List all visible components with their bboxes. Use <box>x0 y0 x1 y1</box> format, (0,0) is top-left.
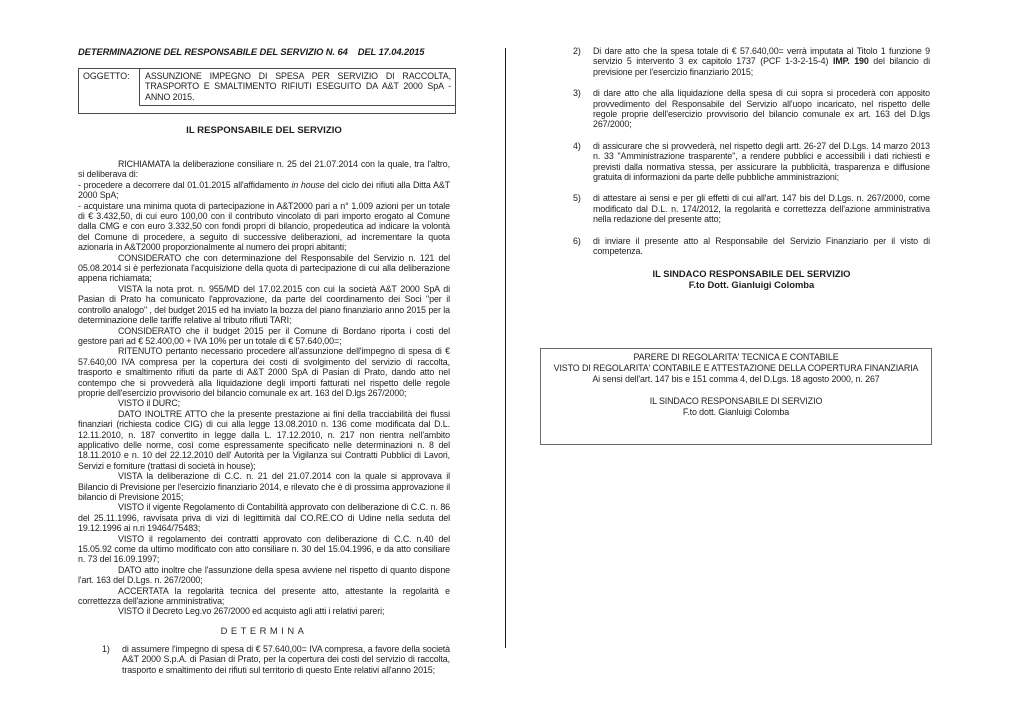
right-column: 2)Di dare atto che la spesa totale di € … <box>573 46 930 291</box>
text-segment: RICHIAMATA la deliberazione consiliare n… <box>78 159 450 179</box>
left-paragraphs: RICHIAMATA la deliberazione consiliare n… <box>78 159 450 617</box>
parere-box: PARERE DI REGOLARITA' TECNICA E CONTABIL… <box>540 348 932 445</box>
text-segment: di dare atto che alla liquidazione della… <box>593 88 930 129</box>
item-text: Di dare atto che la spesa totale di € 57… <box>593 46 930 77</box>
item-number: 1) <box>102 644 110 654</box>
text-segment: di attestare ai sensi e per gli effetti … <box>593 193 930 224</box>
left-numbered-items: 1)di assumere l'impegno di spesa di € 57… <box>78 644 450 675</box>
determina-heading: DETERMINA <box>78 625 450 636</box>
paragraph: - procedere a decorrere dal 01.01.2015 a… <box>78 180 450 201</box>
item-text: di inviare il presente atto al Responsab… <box>593 236 930 256</box>
oggetto-label: OGGETTO: <box>79 69 139 113</box>
oggetto-text: ASSUNZIONE IMPEGNO DI SPESA PER SERVIZIO… <box>139 69 455 106</box>
text-segment: - procedere a decorrere dal 01.01.2015 a… <box>78 180 291 190</box>
paragraph: CONSIDERATO che il budget 2015 per il Co… <box>78 326 450 347</box>
item-number: 2) <box>573 46 581 56</box>
text-segment: VISTA la nota prot. n. 955/MD del 17.02.… <box>78 284 450 325</box>
paragraph: VISTO il Decreto Leg.vo 267/2000 ed acqu… <box>78 606 450 616</box>
item-text: di attestare ai sensi e per gli effetti … <box>593 193 930 224</box>
text-segment: VISTO il vigente Regolamento di Contabil… <box>78 502 450 533</box>
text-segment: VISTO il regolamento dei contratti appro… <box>78 534 450 565</box>
text-segment: CONSIDERATO che con determinazione del R… <box>78 253 450 284</box>
text-segment: DATO atto inoltre che l'assunzione della… <box>78 565 450 585</box>
paragraph: RITENUTO pertanto necessario procedere a… <box>78 346 450 398</box>
paragraph: VISTA la deliberazione di C.C. n. 21 del… <box>78 471 450 502</box>
paragraph: VISTO il regolamento dei contratti appro… <box>78 534 450 565</box>
paragraph: DATO INOLTRE ATTO che la presente presta… <box>78 409 450 471</box>
item-text: di assumere l'impegno di spesa di € 57.6… <box>122 644 450 675</box>
item-number: 5) <box>573 193 581 203</box>
text-segment: RITENUTO pertanto necessario procedere a… <box>78 346 450 398</box>
numbered-item: 4)di assicurare che si provvederà, nel r… <box>573 141 930 183</box>
paragraph: DATO atto inoltre che l'assunzione della… <box>78 565 450 586</box>
parere-line-3: Ai sensi dell'art. 147 bis e 151 comma 4… <box>541 374 931 385</box>
text-segment: VISTO il DURC; <box>118 398 180 408</box>
item-text: di dare atto che alla liquidazione della… <box>593 88 930 129</box>
parere-signature-name: F.to dott. Gianluigi Colomba <box>541 407 931 418</box>
paragraph: VISTO il DURC; <box>78 398 450 408</box>
paragraph: RICHIAMATA la deliberazione consiliare n… <box>78 159 450 180</box>
text-segment: in house <box>291 180 324 190</box>
item-number: 3) <box>573 88 581 98</box>
paragraph: VISTO il vigente Regolamento di Contabil… <box>78 502 450 533</box>
numbered-item: 6)di inviare il presente atto al Respons… <box>573 236 930 257</box>
paragraph: CONSIDERATO che con determinazione del R… <box>78 253 450 284</box>
signature-title: IL SINDACO RESPONSABILE DEL SERVIZIO <box>573 268 930 280</box>
item-text: di assicurare che si provvederà, nel ris… <box>593 141 930 182</box>
text-segment: CONSIDERATO che il budget 2015 per il Co… <box>78 326 450 346</box>
right-numbered-items: 2)Di dare atto che la spesa totale di € … <box>573 46 930 257</box>
parere-line-1: PARERE DI REGOLARITA' TECNICA E CONTABIL… <box>541 352 931 363</box>
text-segment: di assumere l'impegno di spesa di € 57.6… <box>122 644 450 675</box>
numbered-item: 2)Di dare atto che la spesa totale di € … <box>573 46 930 77</box>
parere-line-2: VISTO DI REGOLARITA' CONTABILE E ATTESTA… <box>541 363 931 374</box>
document-page: DETERMINAZIONE DEL RESPONSABILE DEL SERV… <box>0 0 1024 724</box>
text-segment: di assicurare che si provvederà, nel ris… <box>593 141 930 182</box>
text-segment: IMP. 190 <box>833 56 869 66</box>
numbered-item: 5)di attestare ai sensi e per gli effett… <box>573 193 930 224</box>
document-title: DETERMINAZIONE DEL RESPONSABILE DEL SERV… <box>78 46 450 57</box>
text-segment: DATO INOLTRE ATTO che la presente presta… <box>78 409 450 471</box>
responsabile-heading: IL RESPONSABILE DEL SERVIZIO <box>78 125 450 136</box>
paragraph: VISTA la nota prot. n. 955/MD del 17.02.… <box>78 284 450 326</box>
parere-signature-title: IL SINDACO RESPONSABILE DI SERVIZIO <box>541 396 931 407</box>
item-number: 4) <box>573 141 581 151</box>
numbered-item: 1)di assumere l'impegno di spesa di € 57… <box>102 644 450 675</box>
text-segment: ACCERTATA la regolarità tecnica del pres… <box>78 586 450 606</box>
paragraph: - acquistare una minima quota di parteci… <box>78 201 450 253</box>
paragraph: ACCERTATA la regolarità tecnica del pres… <box>78 586 450 607</box>
oggetto-box: OGGETTO: ASSUNZIONE IMPEGNO DI SPESA PER… <box>78 68 456 114</box>
item-number: 6) <box>573 236 581 246</box>
text-segment: VISTA la deliberazione di C.C. n. 21 del… <box>78 471 450 502</box>
left-column: DETERMINAZIONE DEL RESPONSABILE DEL SERV… <box>78 46 450 675</box>
column-divider <box>505 48 506 648</box>
signature-block: IL SINDACO RESPONSABILE DEL SERVIZIO F.t… <box>573 268 930 291</box>
numbered-item: 3)di dare atto che alla liquidazione del… <box>573 88 930 130</box>
signature-name: F.to Dott. Gianluigi Colomba <box>573 279 930 291</box>
text-segment: - acquistare una minima quota di parteci… <box>78 201 450 253</box>
text-segment: di inviare il presente atto al Responsab… <box>593 236 930 256</box>
text-segment: VISTO il Decreto Leg.vo 267/2000 ed acqu… <box>118 606 384 616</box>
